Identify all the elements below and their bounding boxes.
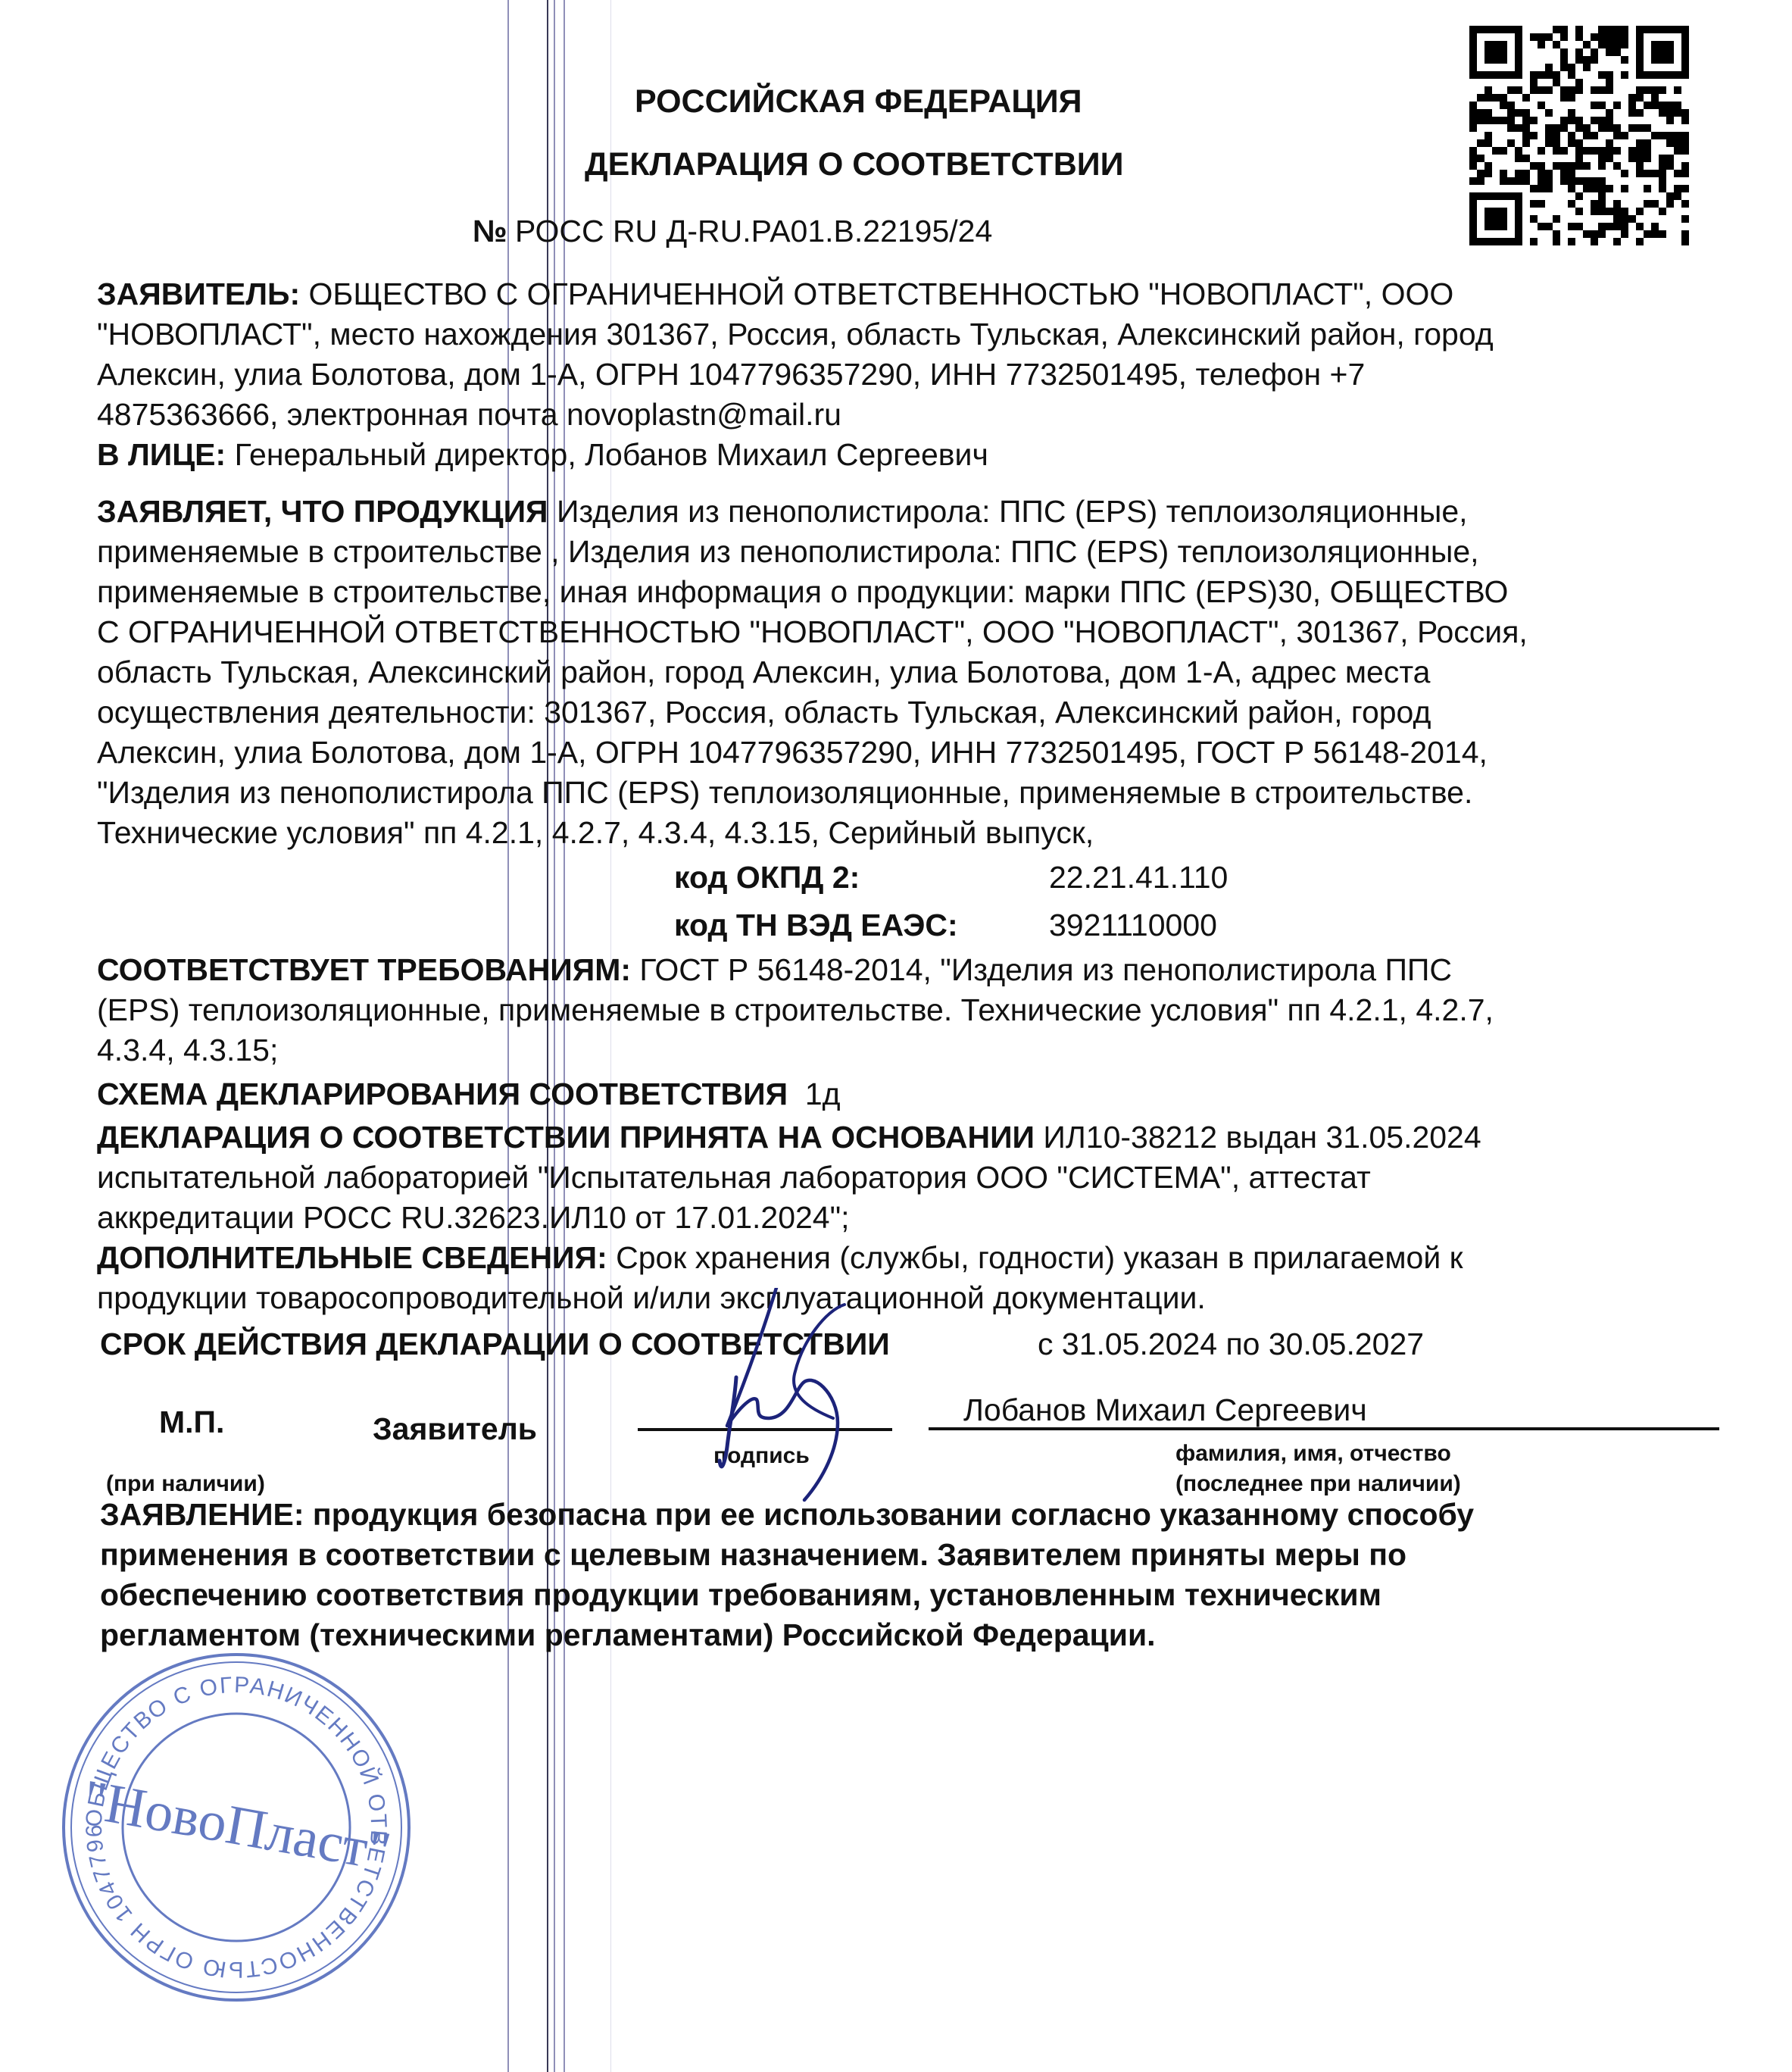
signature-mark — [682, 1288, 947, 1515]
requirements-label: СООТВЕТСТВУЕТ ТРЕБОВАНИЯМ: — [97, 952, 631, 987]
document-title: ДЕКЛАРАЦИЯ О СООТВЕТСТВИИ — [585, 146, 1124, 183]
product-line: Алексин, улиа Болотова, дом 1-А, ОГРН 10… — [97, 734, 1488, 770]
requirements-text: ГОСТ Р 56148-2014, "Изделия из пенополис… — [639, 952, 1452, 987]
statement-line: применения в соответствии с целевым назн… — [100, 1536, 1406, 1573]
additional-line: продукции товаросопроводительной и/или э… — [97, 1280, 1206, 1316]
scheme-value: 1д — [805, 1077, 841, 1111]
additional-label: ДОПОЛНИТЕЛЬНЫЕ СВЕДЕНИЯ: — [97, 1240, 607, 1275]
applicant-label: ЗАЯВИТЕЛЬ: — [97, 277, 300, 311]
applicant-line: ЗАЯВИТЕЛЬ: ОБЩЕСТВО С ОГРАНИЧЕННОЙ ОТВЕТ… — [97, 276, 1453, 312]
basis-label: ДЕКЛАРАЦИЯ О СООТВЕТСТВИИ ПРИНЯТА НА ОСН… — [97, 1120, 1035, 1155]
product-line: осуществления деятельности: 301367, Росс… — [97, 694, 1431, 730]
product-line: применяемые в строительстве , Изделия из… — [97, 533, 1479, 570]
product-text: Изделия из пенополистирола: ППС (EPS) те… — [557, 494, 1468, 529]
representative-line: В ЛИЦЕ: Генеральный директор, Лобанов Ми… — [97, 436, 988, 473]
tnved-label: код ТН ВЭД ЕАЭС: — [674, 907, 958, 943]
basis-text: ИЛ10-38212 выдан 31.05.2024 — [1043, 1120, 1481, 1155]
qr-code-icon — [1469, 26, 1689, 245]
company-stamp: ОБЩЕСТВО С ОГРАНИЧЕННОЙ ОТВЕТСТВЕННОСТЬЮ… — [55, 1645, 418, 2009]
product-line: применяемые в строительстве, иная информ… — [97, 573, 1508, 610]
validity-value: с 31.05.2024 по 30.05.2027 — [1038, 1326, 1424, 1362]
name-line — [929, 1427, 1719, 1430]
document-country: РОССИЙСКАЯ ФЕДЕРАЦИЯ — [635, 83, 1082, 120]
signer-name: Лобанов Михаил Сергеевич — [963, 1392, 1367, 1428]
basis-line: испытательной лабораторией "Испытательна… — [97, 1159, 1371, 1195]
requirements-line: (EPS) теплоизоляционные, применяемые в с… — [97, 992, 1494, 1028]
basis-line: ДЕКЛАРАЦИЯ О СООТВЕТСТВИИ ПРИНЯТА НА ОСН… — [97, 1119, 1481, 1155]
number-label: № — [473, 213, 507, 249]
product-line: область Тульская, Алексинский район, гор… — [97, 654, 1430, 690]
product-line: Технические условия" пп 4.2.1, 4.2.7, 4.… — [97, 814, 1094, 851]
requirements-line: 4.3.4, 4.3.15; — [97, 1032, 278, 1068]
representative-value: Генеральный директор, Лобанов Михаил Сер… — [235, 437, 988, 472]
product-label: ЗАЯВЛЯЕТ, ЧТО ПРОДУКЦИЯ — [97, 494, 548, 529]
tnved-value: 3921110000 — [1049, 907, 1217, 943]
document-number: РОСС RU Д-RU.РА01.В.22195/24 — [515, 213, 992, 249]
product-line: "Изделия из пенополистирола ППС (EPS) те… — [97, 774, 1472, 811]
statement-line: обеспечению соответствия продукции требо… — [100, 1577, 1381, 1613]
okpd-label: код ОКПД 2: — [674, 859, 860, 895]
scheme-label: СХЕМА ДЕКЛАРИРОВАНИЯ СООТВЕТСТВИЯ — [97, 1077, 788, 1111]
applicant-sign-label: Заявитель — [373, 1411, 537, 1447]
requirements-line: СООТВЕТСТВУЕТ ТРЕБОВАНИЯМ: ГОСТ Р 56148-… — [97, 952, 1452, 988]
product-line: ЗАЯВЛЯЕТ, ЧТО ПРОДУКЦИЯ Изделия из пеноп… — [97, 493, 1468, 530]
mp-label: М.П. — [159, 1404, 224, 1440]
okpd-value: 22.21.41.110 — [1049, 859, 1228, 895]
applicant-line: 4875363666, электронная почта novoplastn… — [97, 396, 841, 433]
additional-line: ДОПОЛНИТЕЛЬНЫЕ СВЕДЕНИЯ: Срок хранения (… — [97, 1239, 1463, 1276]
applicant-text: ОБЩЕСТВО С ОГРАНИЧЕННОЙ ОТВЕТСТВЕННОСТЬЮ… — [309, 277, 1454, 311]
statement-line: ЗАЯВЛЕНИЕ: продукция безопасна при ее ис… — [100, 1496, 1474, 1533]
applicant-line: "НОВОПЛАСТ", место нахождения 301367, Ро… — [97, 316, 1494, 352]
basis-line: аккредитации РОСС RU.32623.ИЛ10 от 17.01… — [97, 1199, 850, 1236]
representative-label: В ЛИЦЕ: — [97, 437, 226, 472]
additional-text: Срок хранения (службы, годности) указан … — [616, 1240, 1463, 1275]
scheme-line: СХЕМА ДЕКЛАРИРОВАНИЯ СООТВЕТСТВИЯ 1д — [97, 1076, 841, 1112]
svg-text:"НовоПласт": "НовоПласт" — [78, 1768, 395, 1883]
applicant-line: Алексин, улиа Болотова, дом 1-А, ОГРН 10… — [97, 356, 1365, 392]
product-line: С ОГРАНИЧЕННОЙ ОТВЕТСТВЕННОСТЬЮ "НОВОПЛА… — [97, 614, 1528, 650]
